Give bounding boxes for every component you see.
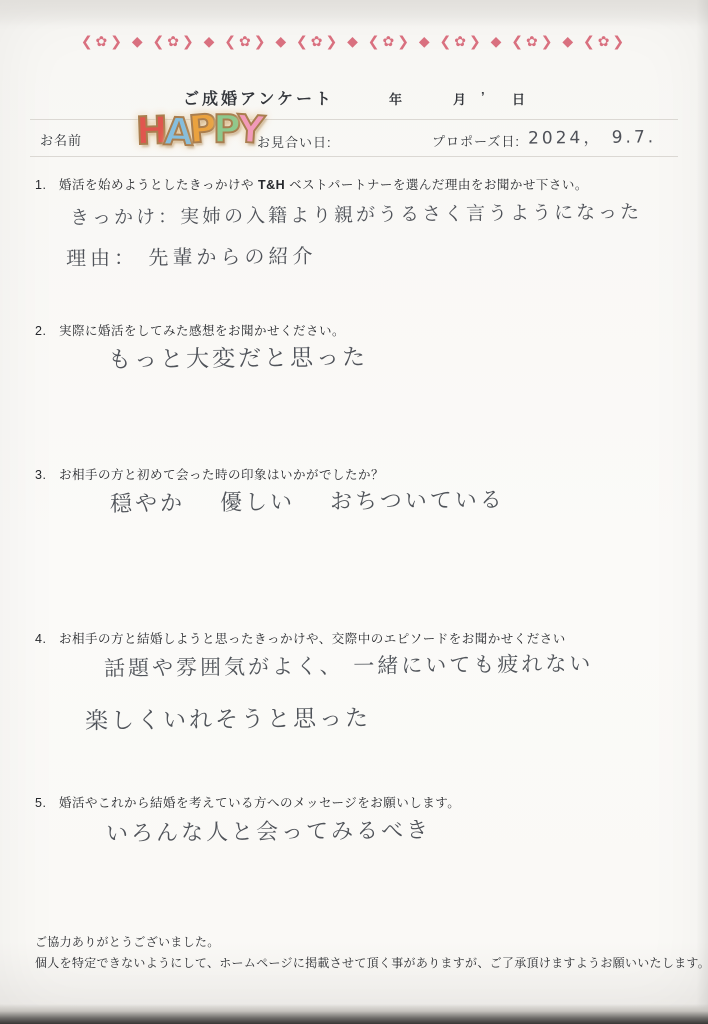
- year-label: 年: [389, 89, 402, 108]
- answer-1-line-2: 理由： 先輩からの紹介: [66, 240, 317, 272]
- question-4-number: 4.: [35, 632, 59, 646]
- question-5: 5.婚活やこれから結婚を考えている方へのメッセージをお願いします。: [35, 793, 460, 811]
- brand-name: T&H: [258, 178, 285, 192]
- answer-2-line-1: もっと大変だと思った: [108, 339, 368, 375]
- question-3-text: お相手の方と初めて会った時の印象はいかがでしたか？: [59, 468, 384, 482]
- question-1-number: 1.: [35, 178, 59, 192]
- question-4: 4.お相手の方と結婚しようと思ったきっかけや、交際中のエピソードをお聞かせくださ…: [35, 629, 566, 647]
- sticker-letter: H: [135, 111, 164, 150]
- scan-shadow-right: [696, 0, 708, 1024]
- question-5-number: 5.: [35, 796, 59, 810]
- question-3: 3.お相手の方と初めて会った時の印象はいかがでしたか？: [35, 465, 384, 483]
- name-row-top-rule: [30, 119, 678, 120]
- question-3-number: 3.: [35, 468, 59, 482]
- answer-4-line-2: 楽しくいれそうと思った: [85, 700, 371, 736]
- question-4-text: お相手の方と結婚しようと思ったきっかけや、交際中のエピソードをお聞かせください: [59, 632, 566, 646]
- answer-1-line-1: きっかけ：実姉の入籍より親がうるさく言うようになった: [70, 197, 642, 230]
- scan-shadow-top: [0, 0, 708, 26]
- question-1-text: 婚活を始めようとしたきっかけや T&H ベストパートナーを選んだ理由をお聞かせ下…: [59, 178, 588, 192]
- sticker-letter: A: [163, 112, 190, 151]
- question-2-text: 実際に婚活をしてみた感想をお聞かせください。: [59, 324, 345, 338]
- answer-4-line-1: 話題や雰囲気がよく、 一緒にいても疲れない: [104, 647, 594, 682]
- footer-thanks: ご協力ありがとうございました。: [35, 933, 220, 950]
- decorative-border-ornament: ❮✿❯ ◆ ❮✿❯ ◆ ❮✿❯ ◆ ❮✿❯ ◆ ❮✿❯ ◆ ❮✿❯ ◆ ❮✿❯ …: [0, 33, 708, 50]
- sticker-letter: P: [213, 110, 237, 148]
- scanned-survey-page: ❮✿❯ ◆ ❮✿❯ ◆ ❮✿❯ ◆ ❮✿❯ ◆ ❮✿❯ ◆ ❮✿❯ ◆ ❮✿❯ …: [0, 0, 708, 1024]
- happy-sticker: HAPPY: [135, 108, 261, 150]
- sticker-letter: P: [188, 109, 215, 149]
- propose-date-value: 2024， 9.7.: [528, 122, 656, 148]
- answer-5-line-1: いろんな人と会ってみるべき: [106, 813, 431, 847]
- question-1: 1.婚活を始めようとしたきっかけや T&H ベストパートナーを選んだ理由をお聞か…: [35, 175, 588, 193]
- name-row-bottom-rule: [30, 156, 678, 157]
- omiai-date-label: お見合い日:: [257, 132, 332, 151]
- question-2-number: 2.: [35, 324, 59, 338]
- question-2: 2.実際に婚活をしてみた感想をお聞かせください。: [35, 321, 345, 339]
- day-label: 日: [512, 89, 525, 108]
- footer-consent-note: 個人を特定できないようにして、ホームページに掲載させて頂く事がありますが、ご了承…: [35, 954, 708, 971]
- date-tick-mark: ’: [481, 89, 485, 104]
- name-field-label: お名前: [40, 130, 82, 149]
- propose-date-label: プロポーズ日:: [432, 131, 520, 150]
- question-5-text: 婚活やこれから結婚を考えている方へのメッセージをお願いします。: [59, 796, 460, 810]
- answer-3-line-1: 穏やか 優しい おちついている: [110, 483, 505, 518]
- scan-edge-bottom: [0, 1004, 708, 1024]
- month-label: 月: [453, 89, 466, 108]
